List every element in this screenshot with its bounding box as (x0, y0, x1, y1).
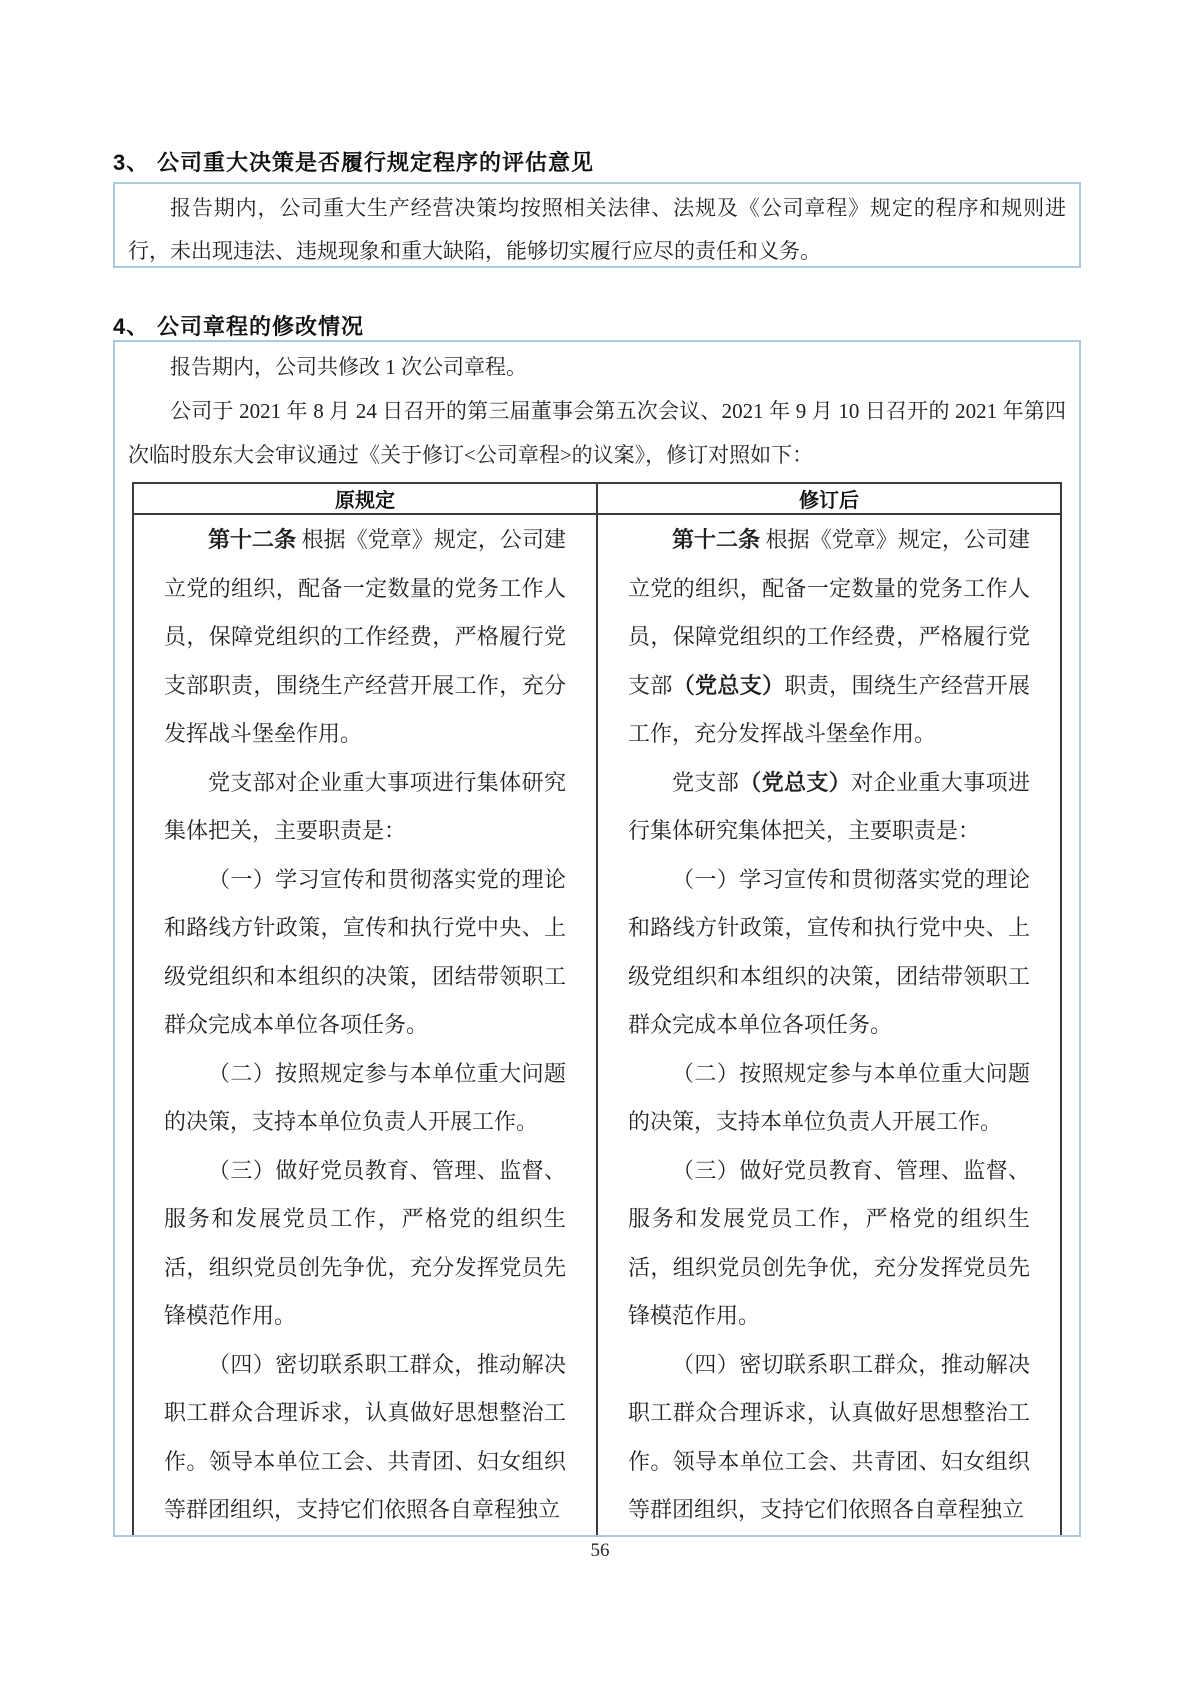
section-4-heading: 4、 公司章程的修改情况 (113, 310, 364, 341)
section-3-title: 公司重大决策是否履行规定程序的评估意见 (157, 146, 594, 177)
table-cell-paragraph: （一）学习宣传和贯彻落实党的理论和路线方针政策，宣传和执行党中央、上级党组织和本… (164, 856, 566, 1050)
section-3-number: 3、 (113, 146, 157, 177)
section-4-title: 公司章程的修改情况 (157, 310, 364, 341)
section-3-content-box: 报告期内，公司重大生产经营决策均按照相关法律、法规及《公司章程》规定的程序和规则… (113, 182, 1081, 268)
table-header-revised: 修订后 (597, 483, 1061, 514)
table-cell-paragraph: 党支部（党总支）对企业重大事项进行集体研究集体把关，主要职责是： (628, 759, 1030, 856)
table-cell-paragraph: （四）密切联系职工群众，推动解决职工群众合理诉求，认真做好思想整治工作。领导本单… (164, 1341, 566, 1535)
section-4-paragraph-2: 公司于 2021 年 8 月 24 日召开的第三届董事会第五次会议、2021 年… (128, 389, 1066, 477)
table-cell-paragraph: 党支部对企业重大事项进行集体研究集体把关，主要职责是： (164, 759, 566, 856)
table-body-row: 第十二条 根据《党章》规定，公司建立党的组织，配备一定数量的党务工作人员，保障党… (133, 514, 1061, 1535)
page-number: 56 (0, 1540, 1200, 1562)
table-cell-paragraph: （四）密切联系职工群众，推动解决职工群众合理诉求，认真做好思想整治工作。领导本单… (628, 1341, 1030, 1535)
section-4-content-box: 报告期内，公司共修改 1 次公司章程。 公司于 2021 年 8 月 24 日召… (113, 340, 1081, 1537)
section-3-paragraph: 报告期内，公司重大生产经营决策均按照相关法律、法规及《公司章程》规定的程序和规则… (128, 187, 1066, 273)
table-cell-paragraph: 第十二条 根据《党章》规定，公司建立党的组织，配备一定数量的党务工作人员，保障党… (628, 516, 1030, 759)
table-cell-paragraph: （二）按照规定参与本单位重大问题的决策，支持本单位负责人开展工作。 (164, 1050, 566, 1147)
table-cell-paragraph: 第十二条 根据《党章》规定，公司建立党的组织，配备一定数量的党务工作人员，保障党… (164, 516, 566, 759)
table-cell-paragraph: （三）做好党员教育、管理、监督、服务和发展党员工作，严格党的组织生活，组织党员创… (164, 1147, 566, 1341)
table-cell-paragraph: （二）按照规定参与本单位重大问题的决策，支持本单位负责人开展工作。 (628, 1050, 1030, 1147)
table-header-row: 原规定 修订后 (133, 483, 1061, 514)
section-3-heading: 3、 公司重大决策是否履行规定程序的评估意见 (113, 146, 594, 177)
section-4-number: 4、 (113, 310, 157, 341)
table-cell-original: 第十二条 根据《党章》规定，公司建立党的组织，配备一定数量的党务工作人员，保障党… (133, 514, 597, 1535)
table-cell-revised: 第十二条 根据《党章》规定，公司建立党的组织，配备一定数量的党务工作人员，保障党… (597, 514, 1061, 1535)
table-cell-paragraph: （三）做好党员教育、管理、监督、服务和发展党员工作，严格党的组织生活，组织党员创… (628, 1147, 1030, 1341)
table-header-original: 原规定 (133, 483, 597, 514)
table-cell-paragraph: （一）学习宣传和贯彻落实党的理论和路线方针政策，宣传和执行党中央、上级党组织和本… (628, 856, 1030, 1050)
document-page: 3、 公司重大决策是否履行规定程序的评估意见 报告期内，公司重大生产经营决策均按… (0, 0, 1200, 1697)
section-4-paragraph-1: 报告期内，公司共修改 1 次公司章程。 (128, 345, 1066, 389)
charter-revision-comparison-table: 原规定 修订后 第十二条 根据《党章》规定，公司建立党的组织，配备一定数量的党务… (132, 482, 1062, 1535)
